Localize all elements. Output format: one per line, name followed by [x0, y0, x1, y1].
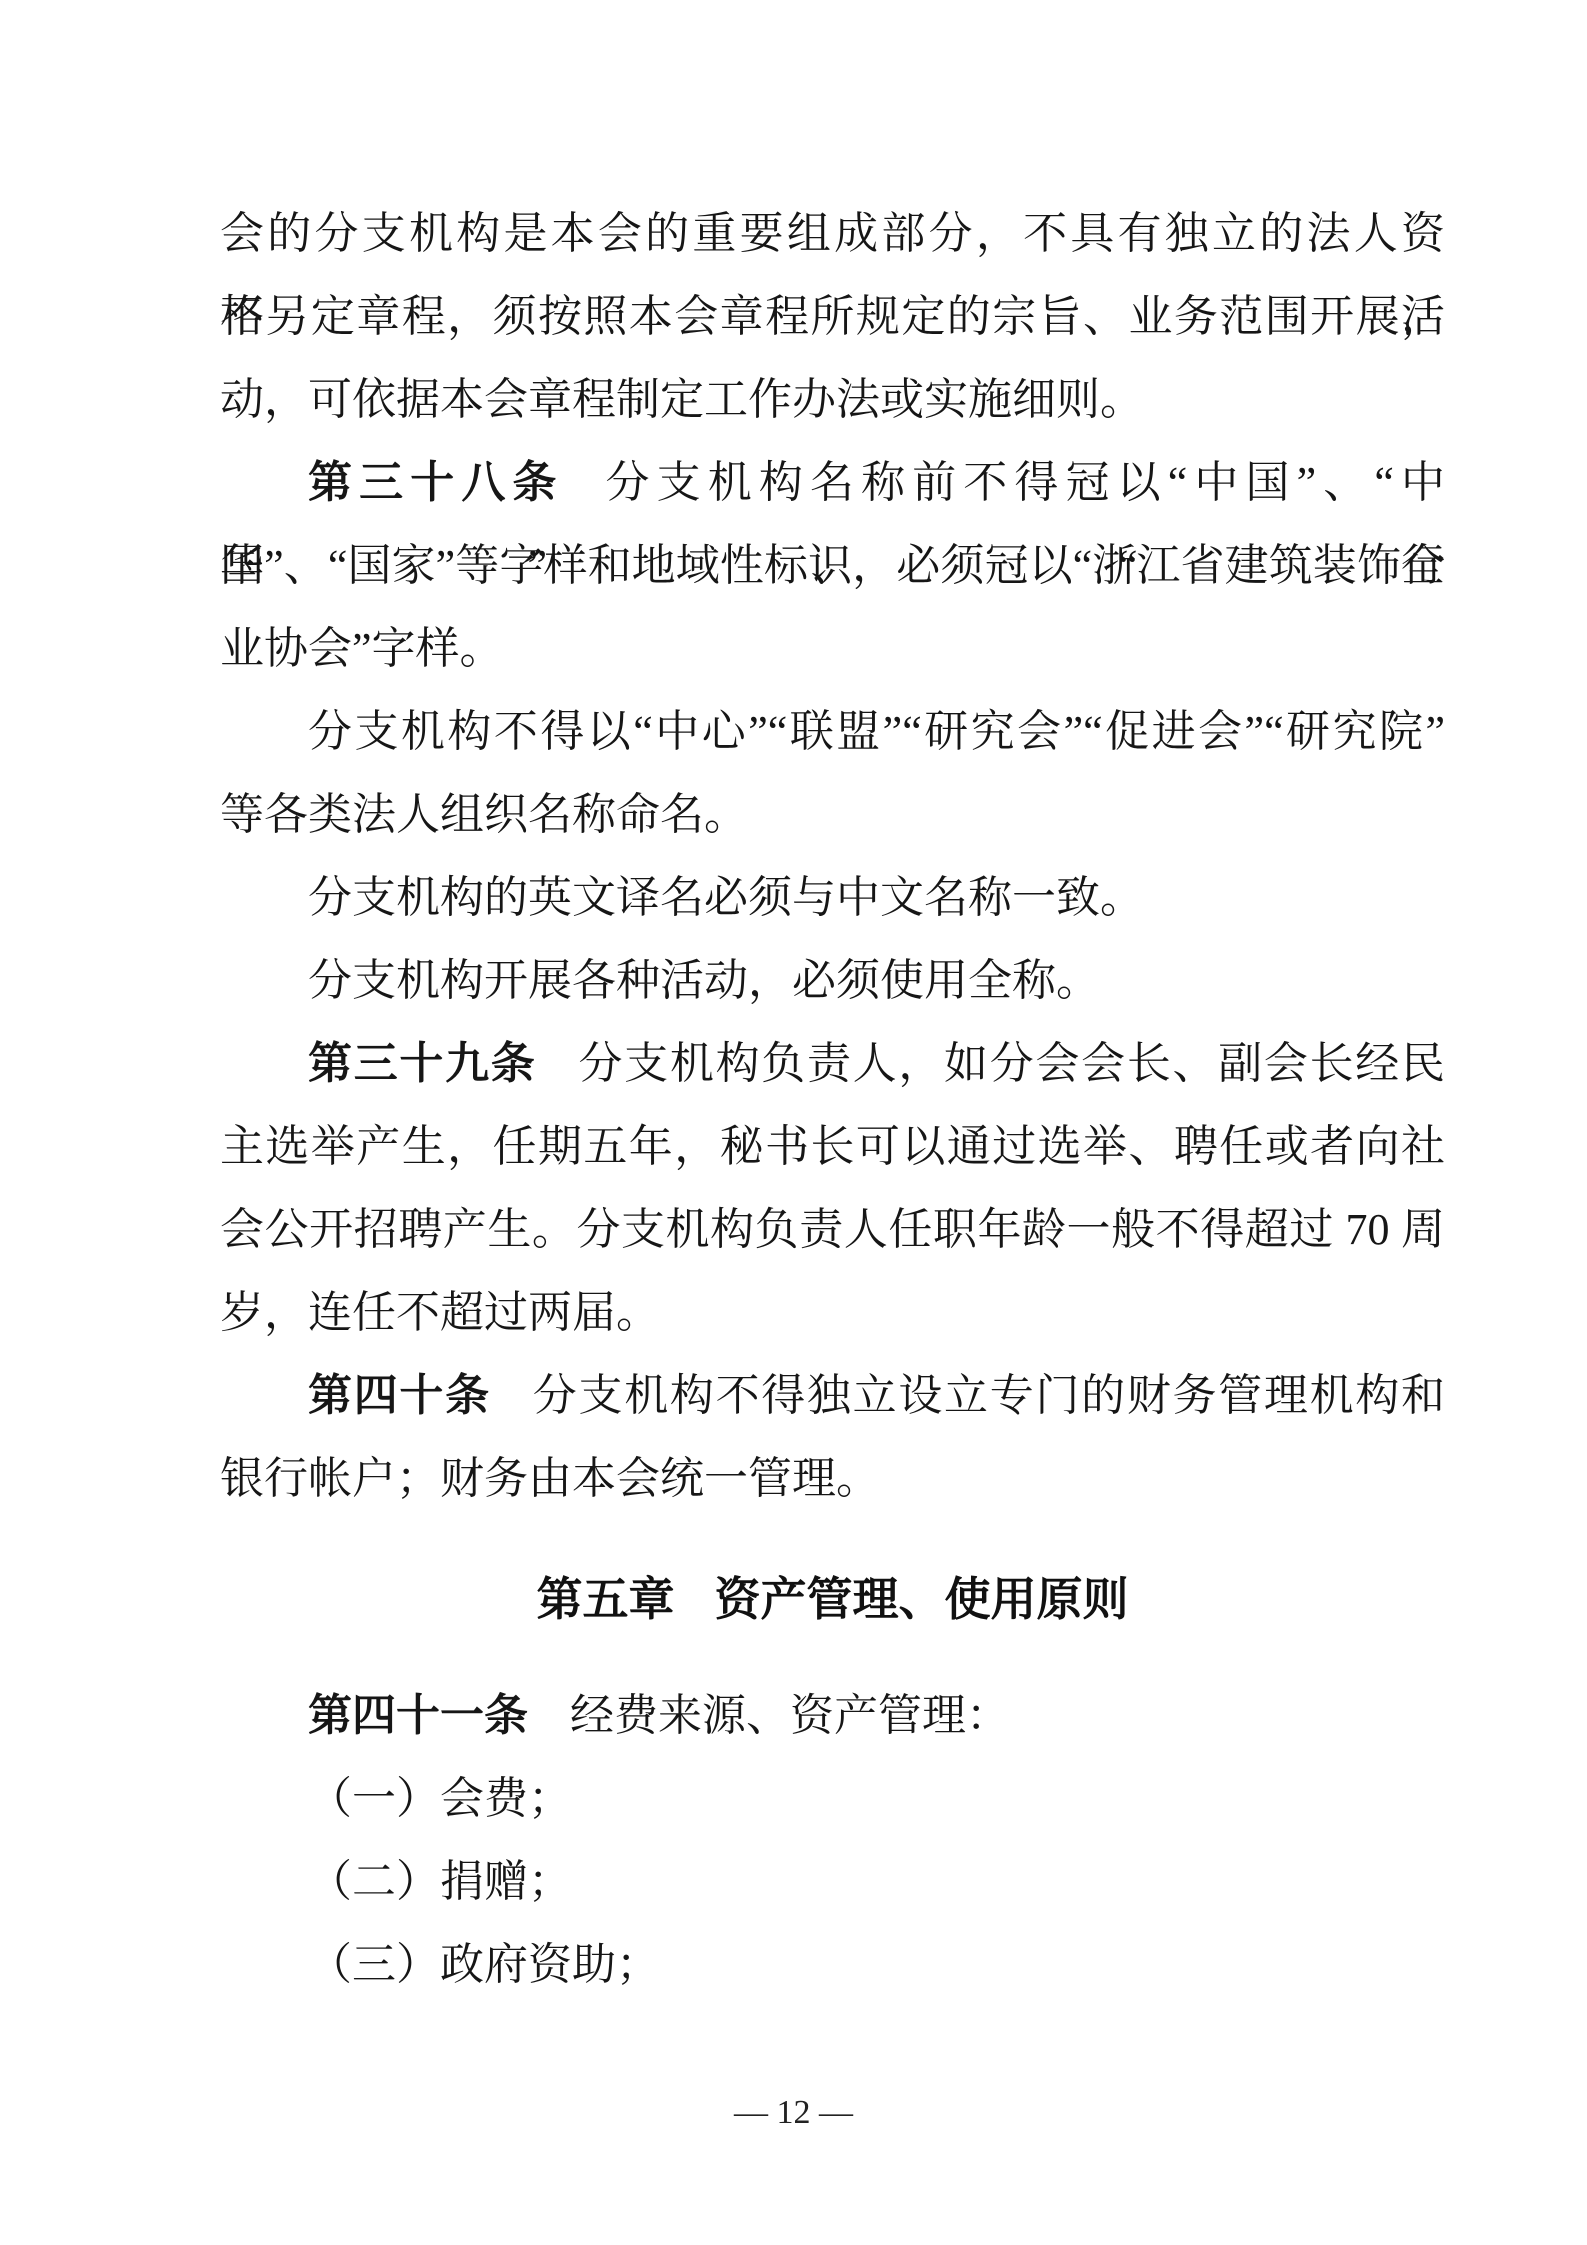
paragraph-line: 会的分支机构是本会的重要组成部分，不具有独立的法人资格，	[220, 192, 1445, 275]
paragraph-line: 岁，连任不超过两届。	[220, 1271, 1445, 1354]
document-page: 会的分支机构是本会的重要组成部分，不具有独立的法人资格， 不另定章程，须按照本会…	[0, 0, 1587, 2245]
paragraph-line: 主选举产生，任期五年，秘书长可以通过选举、聘任或者向社	[220, 1105, 1445, 1188]
article-number: 第四十条	[308, 1371, 491, 1420]
paragraph-line: 银行帐户；财务由本会统一管理。	[220, 1437, 1445, 1520]
paragraph-line: 分支机构开展各种活动，必须使用全称。	[220, 939, 1445, 1022]
list-item: （三）政府资助；	[220, 1923, 1445, 2006]
chapter-number: 第五章	[537, 1573, 675, 1625]
paragraph-line: 业协会”字样。	[220, 607, 1445, 690]
article-number: 第三十九条	[308, 1039, 536, 1088]
paragraph-line: 会公开招聘产生。分支机构负责人任职年龄一般不得超过 70 周	[220, 1188, 1445, 1271]
article-41-line: 第四十一条经费来源、资产管理：	[220, 1674, 1445, 1757]
article-40-line: 第四十条分支机构不得独立设立专门的财务管理机构和	[220, 1354, 1445, 1437]
article-text: 分支机构不得独立设立专门的财务管理机构和	[533, 1371, 1445, 1420]
article-38-line: 第三十八条分支机构名称前不得冠以“中国”、“中华”、“全	[220, 441, 1445, 524]
paragraph-line: 分支机构的英文译名必须与中文名称一致。	[220, 856, 1445, 939]
paragraph-line: 等各类法人组织名称命名。	[220, 773, 1445, 856]
article-number: 第三十八条	[308, 458, 564, 507]
list-item: （一）会费；	[220, 1757, 1445, 1840]
document-content: 会的分支机构是本会的重要组成部分，不具有独立的法人资格， 不另定章程，须按照本会…	[220, 192, 1445, 2006]
chapter-title: 资产管理、使用原则	[715, 1573, 1129, 1625]
paragraph-line: 动，可依据本会章程制定工作办法或实施细则。	[220, 358, 1445, 441]
article-number: 第四十一条	[308, 1691, 528, 1740]
article-text: 分支机构负责人，如分会会长、副会长经民	[578, 1039, 1445, 1088]
page-number: — 12 —	[0, 2090, 1587, 2136]
paragraph-line: 不另定章程，须按照本会章程所规定的宗旨、业务范围开展活	[220, 275, 1445, 358]
paragraph-line: 分支机构不得以“中心”“联盟”“研究会”“促进会”“研究院”	[220, 690, 1445, 773]
paragraph-line: 国”、“国家”等字样和地域性标识，必须冠以“浙江省建筑装饰行	[220, 524, 1445, 607]
article-text: 经费来源、资产管理：	[570, 1691, 1010, 1740]
chapter-heading: 第五章资产管理、使用原则	[220, 1558, 1445, 1641]
list-item: （二）捐赠；	[220, 1840, 1445, 1923]
article-39-line: 第三十九条分支机构负责人，如分会会长、副会长经民	[220, 1022, 1445, 1105]
